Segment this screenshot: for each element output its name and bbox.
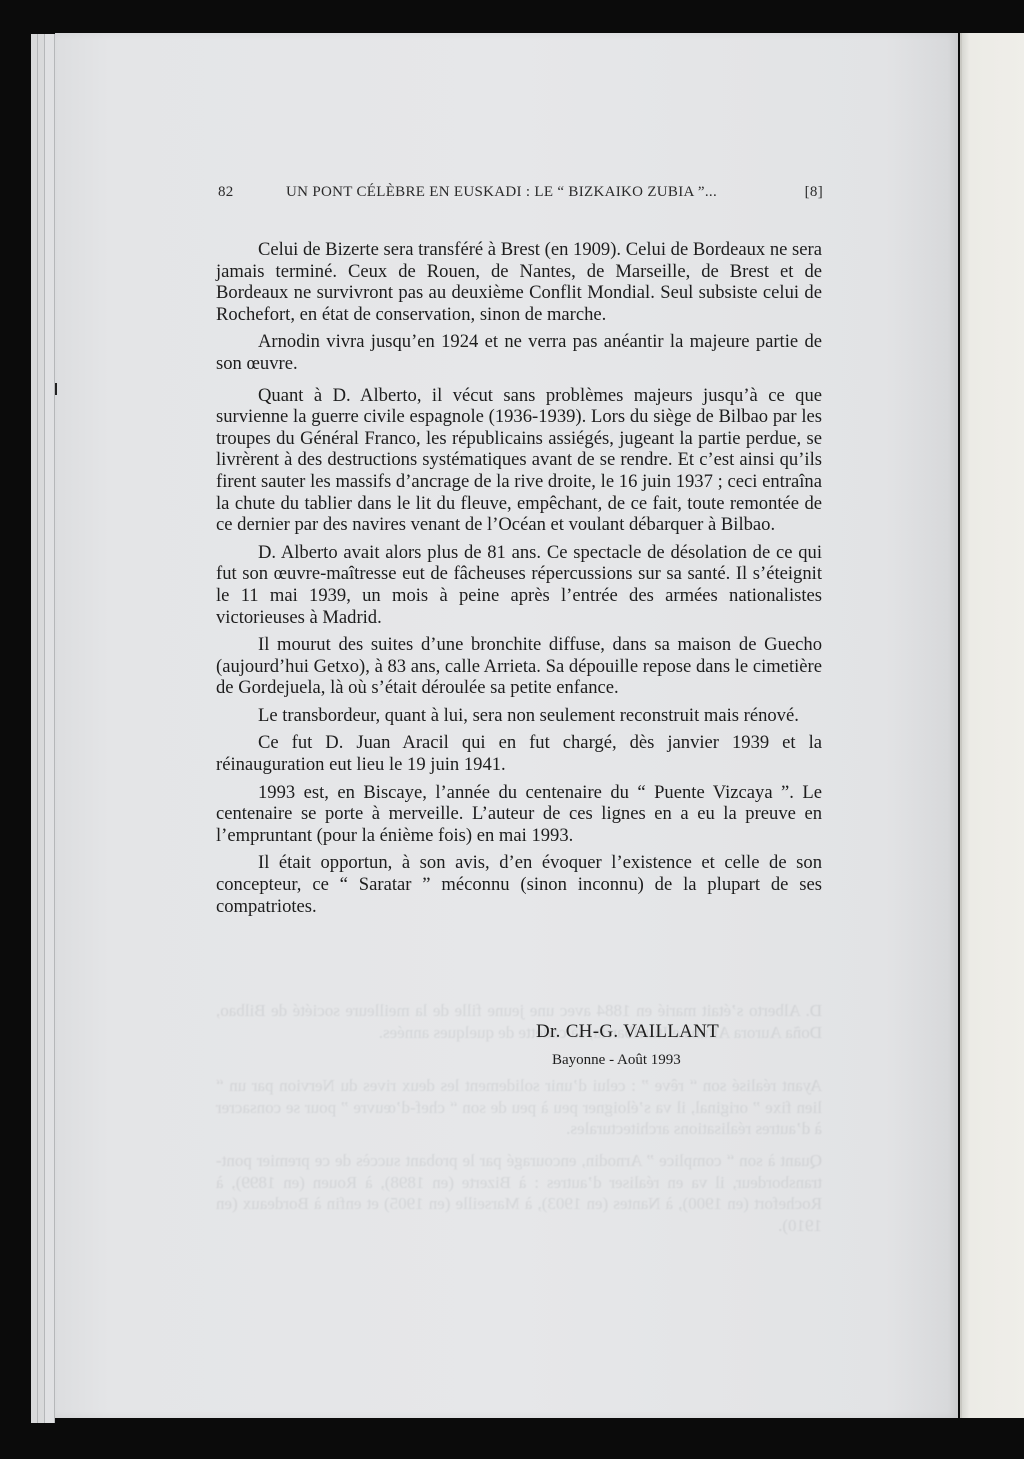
paragraph: Celui de Bizerte sera transféré à Brest …: [216, 239, 822, 325]
page-stack-edge: [31, 34, 38, 1423]
place-date: Bayonne - Août 1993: [552, 1052, 782, 1069]
paragraph: Arnodin vivra jusqu’en 1924 et ne verra …: [216, 331, 822, 374]
paragraph: Il mourut des suites d’une bronchite dif…: [216, 634, 822, 699]
facing-page-edge: [960, 33, 1024, 1418]
paragraph: Ce fut D. Juan Aracil qui en fut chargé,…: [216, 732, 822, 775]
page-stack-edge: [45, 34, 55, 1423]
bleed-through-text: Quant à son “ complice ” Arnodin, encour…: [216, 1150, 822, 1236]
paragraph: Quant à D. Alberto, il vécut sans problè…: [216, 385, 822, 536]
running-header: 82 UN PONT CÉLÈBRE EN EUSKADI : LE “ BIZ…: [218, 184, 823, 208]
paragraph: 1993 est, en Biscaye, l’année du centena…: [216, 782, 822, 847]
body-text: Celui de Bizerte sera transféré à Brest …: [216, 239, 822, 923]
author-signature: Dr. CH-G. VAILLANT: [536, 1021, 766, 1043]
margin-mark: [55, 383, 57, 395]
running-title: UN PONT CÉLÈBRE EN EUSKADI : LE “ BIZKAI…: [286, 184, 717, 201]
paragraph: Le transbordeur, quant à lui, sera non s…: [216, 705, 822, 727]
page-number: 82: [218, 184, 234, 201]
page-stack-edge: [38, 34, 45, 1423]
paragraph: D. Alberto avait alors plus de 81 ans. C…: [216, 542, 822, 628]
bleed-through-text: Ayant réalisé son “ rêve ” : celui d’uni…: [216, 1075, 822, 1140]
paragraph: Il était opportun, à son avis, d’en évoq…: [216, 852, 822, 917]
section-number: [8]: [805, 184, 823, 201]
